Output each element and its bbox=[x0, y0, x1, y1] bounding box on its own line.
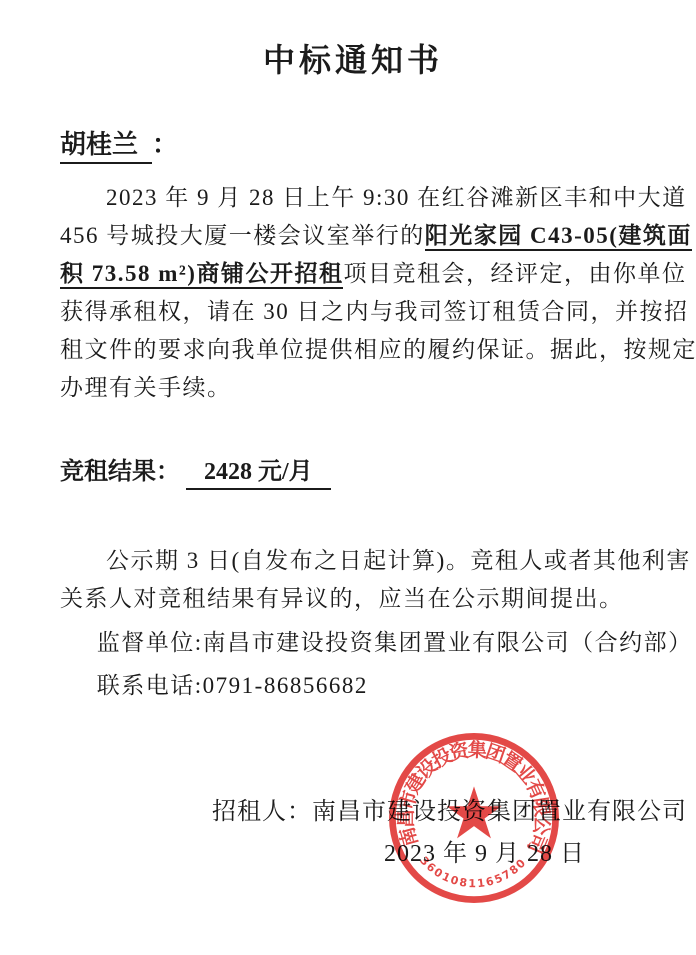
body-paragraph: 2023 年 9 月 28 日上午 9:30 在红谷滩新区丰和中大道 456 号… bbox=[60, 179, 646, 407]
contact-phone-line: 联系电话:0791-86856682 bbox=[60, 667, 646, 705]
body-line-2-text: 456 号城投大厦一楼会议室举行的 bbox=[60, 223, 425, 248]
notice-line-2: 关系人对竞租结果有异议的，应当在公示期间提出。 bbox=[60, 580, 646, 618]
body-line-3-text: 项目竞租会，经评定，由你单位 bbox=[343, 261, 686, 286]
project-name-emphasis: 阳光家园 C43-05(建筑面 bbox=[425, 223, 692, 251]
recipient-colon: ： bbox=[152, 130, 178, 159]
body-line-4: 获得承租权，请在 30 日之内与我司签订租赁合同，并按招 bbox=[60, 293, 646, 331]
document-title: 中标通知书 bbox=[60, 42, 646, 78]
body-line-1: 2023 年 9 月 28 日上午 9:30 在红谷滩新区丰和中大道 bbox=[60, 179, 646, 217]
lessor-signature-line: 招租人：南昌市建设投资集团置业有限公司 bbox=[212, 797, 646, 827]
body-line-6: 办理有关手续。 bbox=[60, 369, 646, 407]
document-page: 中标通知书 胡桂兰： 2023 年 9 月 28 日上午 9:30 在红谷滩新区… bbox=[0, 0, 696, 955]
supervisor-line: 监督单位:南昌市建设投资集团置业有限公司（合约部） bbox=[60, 624, 646, 662]
recipient-line: 胡桂兰： bbox=[60, 130, 646, 160]
notice-line-1: 公示期 3 日(自发布之日起计算)。竞租人或者其他利害 bbox=[60, 542, 646, 580]
body-line-2: 456 号城投大厦一楼会议室举行的阳光家园 C43-05(建筑面 bbox=[60, 217, 646, 255]
signature-date-line: 2023 年 9 月 28 日 bbox=[384, 839, 646, 869]
project-area-emphasis: 积 73.58 m²)商铺公开招租 bbox=[60, 261, 343, 289]
body-line-5: 租文件的要求向我单位提供相应的履约保证。据此，按规定 bbox=[60, 331, 646, 369]
body-line-3: 积 73.58 m²)商铺公开招租项目竞租会，经评定，由你单位 bbox=[60, 255, 646, 293]
recipient-name: 胡桂兰 bbox=[60, 130, 152, 164]
bid-result-line: 竞租结果：2428 元/月 bbox=[60, 457, 646, 487]
bid-result-value: 2428 元/月 bbox=[186, 459, 331, 490]
notice-paragraph: 公示期 3 日(自发布之日起计算)。竞租人或者其他利害 关系人对竞租结果有异议的… bbox=[60, 542, 646, 705]
bid-result-label: 竞租结果： bbox=[60, 459, 180, 485]
